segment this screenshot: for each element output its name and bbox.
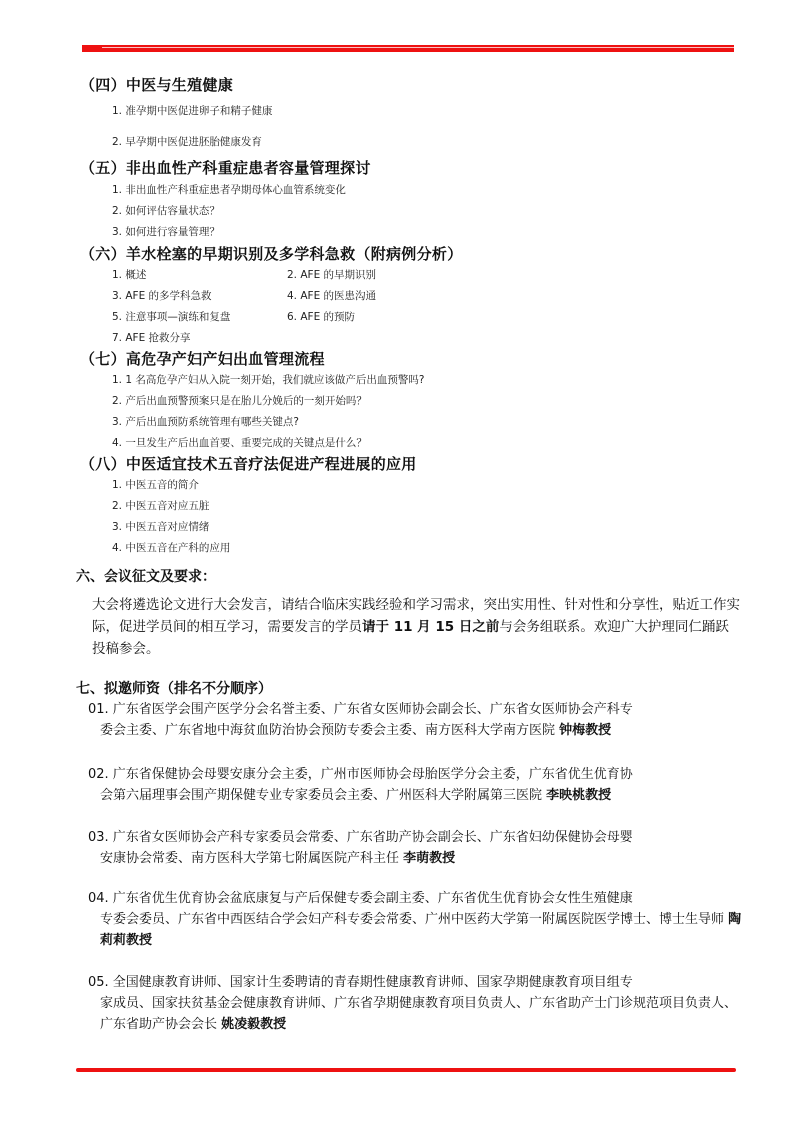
topic-6-item-5: 5. 注意事项—演练和复盘 (112, 309, 230, 324)
topic-8-title: （八）中医适宜技术五音疗法促进产程进展的应用 (80, 453, 417, 474)
topic-7-title: （七）高危孕产妇产妇出血管理流程 (80, 348, 325, 369)
teacher-name: 李映桃教授 (546, 788, 611, 803)
teacher-desc: 02. 广东省保健协会母婴安康分会主委，广州市医师协会母胎医学分会主委，广东省优… (88, 767, 633, 782)
teacher-name: 姚凌毅教授 (221, 1017, 286, 1032)
topic-6-title: （六）羊水栓塞的早期识别及多学科急救（附病例分析） (80, 243, 463, 264)
topic-7-item-3: 3. 产后出血预防系统管理有哪些关键点? (112, 414, 299, 429)
topic-8-item-2: 2. 中医五音对应五脏 (112, 498, 209, 513)
header-rule (82, 45, 734, 52)
teacher-entry-1: 01. 广东省医学会围产医学分会名誉主委、广东省女医师协会副会长、广东省女医师协… (88, 699, 748, 741)
section-6-paragraph: 大会将遴选论文进行大会发言，请结合临床实践经验和学习需求，突出实用性、针对性和分… (92, 594, 742, 660)
topic-4-item-2: 2. 早孕期中医促进胚胎健康发育 (112, 134, 262, 149)
teacher-desc-cont: 会第六届理事会围产期保健专业专家委员会主委、广州医科大学附属第三医院 (100, 788, 546, 803)
teacher-desc-cont: 专委会委员、广东省中西医结合学会妇产科专委会常委、广州中医药大学第一附属医院医学… (100, 912, 728, 927)
topic-5-title: （五）非出血性产科重症患者容量管理探讨 (80, 157, 371, 178)
teacher-desc: 04. 广东省优生优育协会盆底康复与产后保健专委会副主委、广东省优生优育协会女性… (88, 891, 633, 906)
topic-5-item-1: 1. 非出血性产科重症患者孕期母体心血管系统变化 (112, 182, 346, 197)
teacher-desc: 01. 广东省医学会围产医学分会名誉主委、广东省女医师协会副会长、广东省女医师协… (88, 702, 633, 717)
teacher-entry-5: 05. 全国健康教育讲师、国家计生委聘请的青春期性健康教育讲师、国家孕期健康教育… (88, 972, 748, 1035)
teacher-name: 李萌教授 (403, 851, 455, 866)
topic-7-item-4: 4. 一旦发生产后出血首要、重要完成的关键点是什么？ (112, 435, 367, 450)
topic-7-item-2: 2. 产后出血预警预案只是在胎儿分娩后的一刻开始吗？ (112, 393, 367, 408)
teacher-desc-cont: 委会主委、广东省地中海贫血防治协会预防专委会主委、南方医科大学南方医院 (100, 723, 559, 738)
teacher-entry-2: 02. 广东省保健协会母婴安康分会主委，广州市医师协会母胎医学分会主委，广东省优… (88, 764, 748, 806)
topic-5-item-3: 3. 如何进行容量管理？ (112, 224, 220, 239)
teacher-desc: 05. 全国健康教育讲师、国家计生委聘请的青春期性健康教育讲师、国家孕期健康教育… (88, 975, 633, 990)
topic-6-item-3: 3. AFE 的多学科急救 (112, 288, 212, 303)
topic-6-item-6: 6. AFE 的预防 (287, 309, 355, 324)
teacher-desc-cont: 家成员、国家扶贫基金会健康教育讲师、广东省孕期健康教育项目负责人、广东省助产士门… (100, 996, 737, 1032)
topic-5-item-2: 2. 如何评估容量状态？ (112, 203, 220, 218)
topic-6-item-4: 4. AFE 的医患沟通 (287, 288, 376, 303)
teacher-desc-cont: 安康协会常委、南方医科大学第七附属医院产科主任 (100, 851, 403, 866)
topic-6-item-2: 2. AFE 的早期识别 (287, 267, 376, 282)
section-6-title: 六、会议征文及要求： (76, 566, 216, 586)
teacher-entry-3: 03. 广东省女医师协会产科专家委员会常委、广东省助产协会副会长、广东省妇幼保健… (88, 827, 748, 869)
teacher-desc: 03. 广东省女医师协会产科专家委员会常委、广东省助产协会副会长、广东省妇幼保健… (88, 830, 633, 845)
deadline-text: 请于 11 月 15 日之前 (362, 619, 499, 635)
topic-4-title: （四）中医与生殖健康 (80, 74, 233, 95)
topic-4-item-1: 1. 准孕期中医促进卵子和精子健康 (112, 103, 272, 118)
topic-8-item-3: 3. 中医五音对应情绪 (112, 519, 209, 534)
section-7-title: 七、拟邀师资（排名不分顺序） (76, 678, 272, 698)
topic-8-item-1: 1. 中医五音的简介 (112, 477, 199, 492)
topic-6-item-7: 7. AFE 抢救分享 (112, 330, 191, 345)
topic-8-item-4: 4. 中医五音在产科的应用 (112, 540, 230, 555)
topic-6-item-1: 1. 概述 (112, 267, 146, 282)
teacher-name: 钟梅教授 (559, 723, 611, 738)
teacher-entry-4: 04. 广东省优生优育协会盆底康复与产后保健专委会副主委、广东省优生优育协会女性… (88, 888, 748, 951)
footer-rule (76, 1068, 736, 1072)
topic-7-item-1: 1. 1 名高危孕产妇从入院一刻开始，我们就应该做产后出血预警吗? (112, 372, 424, 387)
